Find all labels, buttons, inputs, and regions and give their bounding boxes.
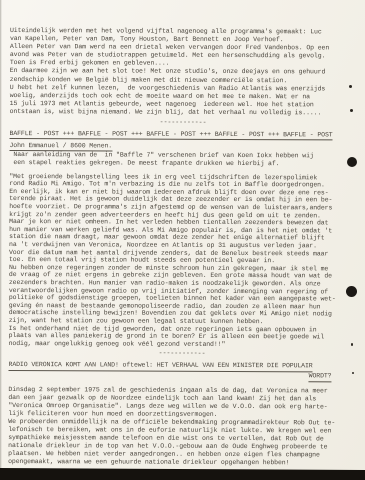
- editorial-note: Naar aanleiding van de in "Baffle 7" ver…: [9, 151, 356, 168]
- text-line: nodig, maar ongelukkig genoeg ook véél g…: [9, 340, 356, 349]
- ink-speck-icon: [351, 343, 353, 346]
- veronica-article: Dinsdag 2 september 1975 zal de geschied…: [8, 386, 355, 468]
- punch-hole-mark-icon: [346, 286, 357, 297]
- scan-edge-bar: [0, 468, 365, 480]
- text-line: ontstaan is, wist bijna niemand. We zijn…: [10, 108, 357, 118]
- veronica-headline-line1: RADIO VERONICA KOMT AAN LAND! oftewel: H…: [8, 361, 312, 372]
- section-divider: ------------: [10, 118, 357, 128]
- baffle-post-header-row: BAFFLE - POST +++ BAFFLE - POST +++ BAFF…: [10, 129, 357, 141]
- veronica-headline: RADIO VERONICA KOMT AAN LAND! oftewel: H…: [8, 361, 355, 382]
- page-content: Uiteindelijk werden met het volgend vijf…: [8, 27, 357, 480]
- scanned-page: Uiteindelijk werden met het volgend vijf…: [0, 0, 365, 480]
- ink-speck-icon: [349, 85, 352, 88]
- veronica-headline-line2: WORDT?: [309, 373, 332, 383]
- atlantis-story-paragraph: Uiteindelijk werden met het volgend vijf…: [10, 27, 357, 118]
- letter-author: John Emmanuel / 8600 Menen.: [9, 141, 112, 151]
- ink-speck-icon: [352, 372, 354, 374]
- section-divider: ------------: [9, 349, 356, 359]
- text-line: een stapel reakties gekregen. De meest f…: [9, 159, 356, 168]
- ink-speck-icon: [350, 109, 353, 112]
- reader-letter: "Met groeiende belangstelling lees ik in…: [9, 173, 357, 349]
- punch-hole-mark-icon: [347, 157, 357, 167]
- text-line: opengemaakt, waarna we een gehuurde nati…: [8, 458, 355, 468]
- baffle-post-header: BAFFLE - POST +++ BAFFLE - POST +++ BAFF…: [10, 129, 333, 140]
